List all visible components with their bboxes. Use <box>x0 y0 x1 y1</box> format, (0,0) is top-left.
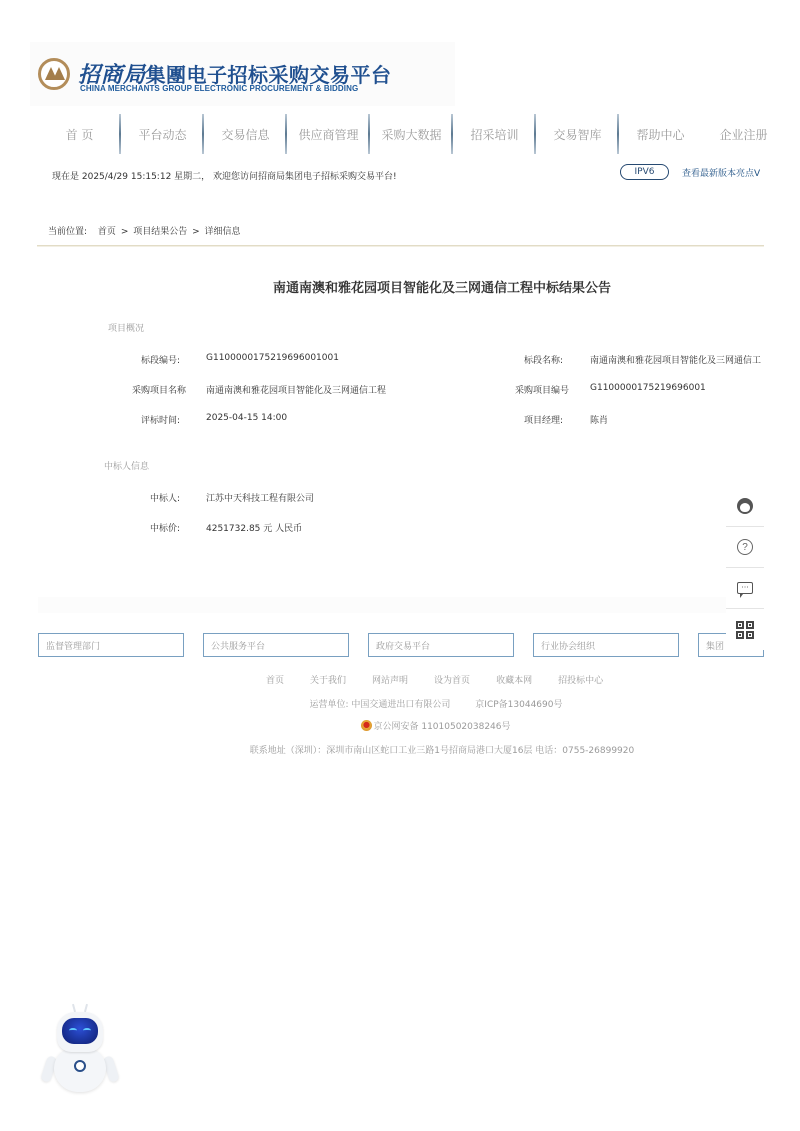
nav-platform-news[interactable]: 平台动态 <box>121 114 204 154</box>
breadcrumb-detail: 详细信息 <box>205 227 241 237</box>
link-public-service[interactable]: 公共服务平台 <box>203 633 349 657</box>
robot-antenna <box>72 1004 76 1012</box>
robot-antenna <box>84 1004 88 1012</box>
footer-address: 联系地址（深圳）：深圳市南山区蛇口工业三路1号招商局港口大厦16层 电话：075… <box>0 743 800 756</box>
robot-body <box>54 1048 106 1092</box>
icp-link[interactable]: 京ICP备13044690号 <box>475 700 562 710</box>
overview-section-label: 项目概况 <box>108 321 144 334</box>
breadcrumb-results[interactable]: 项目结果公告 <box>133 227 187 237</box>
nav-procurement-big-data[interactable]: 采购大数据 <box>370 114 453 154</box>
nav-home[interactable]: 首 页 <box>38 114 121 154</box>
winner-value: 江苏中天科技工程有限公司 <box>206 491 314 504</box>
breadcrumb-home[interactable]: 首页 <box>98 227 116 237</box>
ipv6-badge[interactable]: IPV6 <box>620 164 669 180</box>
welcome-message: 现在是 2025/4/29 15:15:12 星期二， 欢迎您访问招商局集团电子… <box>52 169 397 182</box>
winner-section-label: 中标人信息 <box>104 459 149 472</box>
manager-value: 陈肖 <box>590 413 608 426</box>
project-no-label: 采购项目编号 <box>469 383 569 396</box>
headset-icon <box>737 498 753 514</box>
help-button[interactable]: ? <box>726 527 764 568</box>
price-label: 中标价: <box>80 521 180 534</box>
nav-training[interactable]: 招采培训 <box>453 114 536 154</box>
manager-label: 项目经理: <box>463 413 563 426</box>
link-supervision-dept[interactable]: 监督管理部门 <box>38 633 184 657</box>
robot-assistant[interactable] <box>40 1004 120 1094</box>
police-record-link[interactable]: 京公网安备 11010502038246号 <box>373 722 510 732</box>
main-nav: 首 页 平台动态 交易信息 供应商管理 采购大数据 招采培训 交易智库 帮助中心… <box>38 114 800 154</box>
breadcrumb: 当前位置: 首页 > 项目结果公告 > 详细信息 <box>48 224 243 237</box>
eval-time-label: 评标时间: <box>80 413 180 426</box>
footer-link-bookmark[interactable]: 收藏本网 <box>496 673 532 686</box>
robot-eye <box>83 1028 91 1033</box>
project-name-value: 南通南澳和雅花园项目智能化及三网通信工程 <box>206 383 386 396</box>
police-badge-icon <box>361 720 372 731</box>
footer-link-bidding-center[interactable]: 招投标中心 <box>558 673 603 686</box>
footer-link-home[interactable]: 首页 <box>266 673 284 686</box>
section-name-label: 标段名称: <box>463 353 563 366</box>
nav-supplier-management[interactable]: 供应商管理 <box>287 114 370 154</box>
section-name-value: 南通南澳和雅花园项目智能化及三网通信工 <box>590 353 764 366</box>
section-no-label: 标段编号: <box>80 353 180 366</box>
footer-police-line: 京公网安备 11010502038246号 <box>0 719 800 732</box>
chat-icon: ··· <box>737 582 753 594</box>
qr-code-icon <box>736 621 754 639</box>
breadcrumb-prefix: 当前位置: <box>48 227 87 237</box>
price-value: 4251732.85 元 人民币 <box>206 521 302 534</box>
feedback-button[interactable]: ··· <box>726 568 764 609</box>
divider <box>37 245 764 247</box>
help-icon: ? <box>737 539 753 555</box>
operator-text: 运营单位: 中国交通进出口有限公司 <box>310 700 451 710</box>
nav-enterprise-register[interactable]: 企业注册 <box>702 114 785 154</box>
link-industry-assoc[interactable]: 行业协会组织 <box>533 633 679 657</box>
robot-logo-icon <box>74 1060 86 1072</box>
footer-link-set-home[interactable]: 设为首页 <box>434 673 470 686</box>
footer-link-statement[interactable]: 网站声明 <box>372 673 408 686</box>
nav-think-tank[interactable]: 交易智库 <box>536 114 619 154</box>
customer-service-button[interactable] <box>726 486 764 527</box>
china-merchants-logo-icon <box>38 58 70 90</box>
breadcrumb-separator: > <box>121 227 129 237</box>
winner-label: 中标人: <box>80 491 180 504</box>
side-toolbar: ? ··· <box>726 486 764 650</box>
new-version-link[interactable]: 查看最新版本亮点V <box>682 166 760 179</box>
project-name-label: 采购项目名称 <box>86 383 186 396</box>
breadcrumb-separator: > <box>192 227 200 237</box>
footer-link-about[interactable]: 关于我们 <box>310 673 346 686</box>
robot-face <box>62 1018 98 1044</box>
footer-links: 首页 关于我们 网站声明 设为首页 收藏本网 招投标中心 <box>266 673 629 686</box>
section-no-value: G1100000175219696001001 <box>206 353 339 363</box>
eval-time-value: 2025-04-15 14:00 <box>206 413 287 423</box>
robot-eye <box>69 1028 77 1033</box>
content-bottom-band <box>38 597 728 613</box>
link-gov-trading[interactable]: 政府交易平台 <box>368 633 514 657</box>
qr-code-button[interactable] <box>726 609 764 650</box>
page-title: 南通南澳和雅花园项目智能化及三网通信工程中标结果公告 <box>0 277 800 296</box>
project-no-value: G1100000175219696001 <box>590 383 706 393</box>
nav-help-center[interactable]: 帮助中心 <box>619 114 702 154</box>
logo-subtitle: CHINA MERCHANTS GROUP ELECTRONIC PROCURE… <box>80 84 358 93</box>
robot-head <box>57 1012 103 1052</box>
logo-banner[interactable]: 招商局集團电子招标采购交易平台 CHINA MERCHANTS GROUP EL… <box>30 42 455 106</box>
nav-trade-info[interactable]: 交易信息 <box>204 114 287 154</box>
footer-operator-line: 运营单位: 中国交通进出口有限公司 京ICP备13044690号 <box>0 697 800 710</box>
